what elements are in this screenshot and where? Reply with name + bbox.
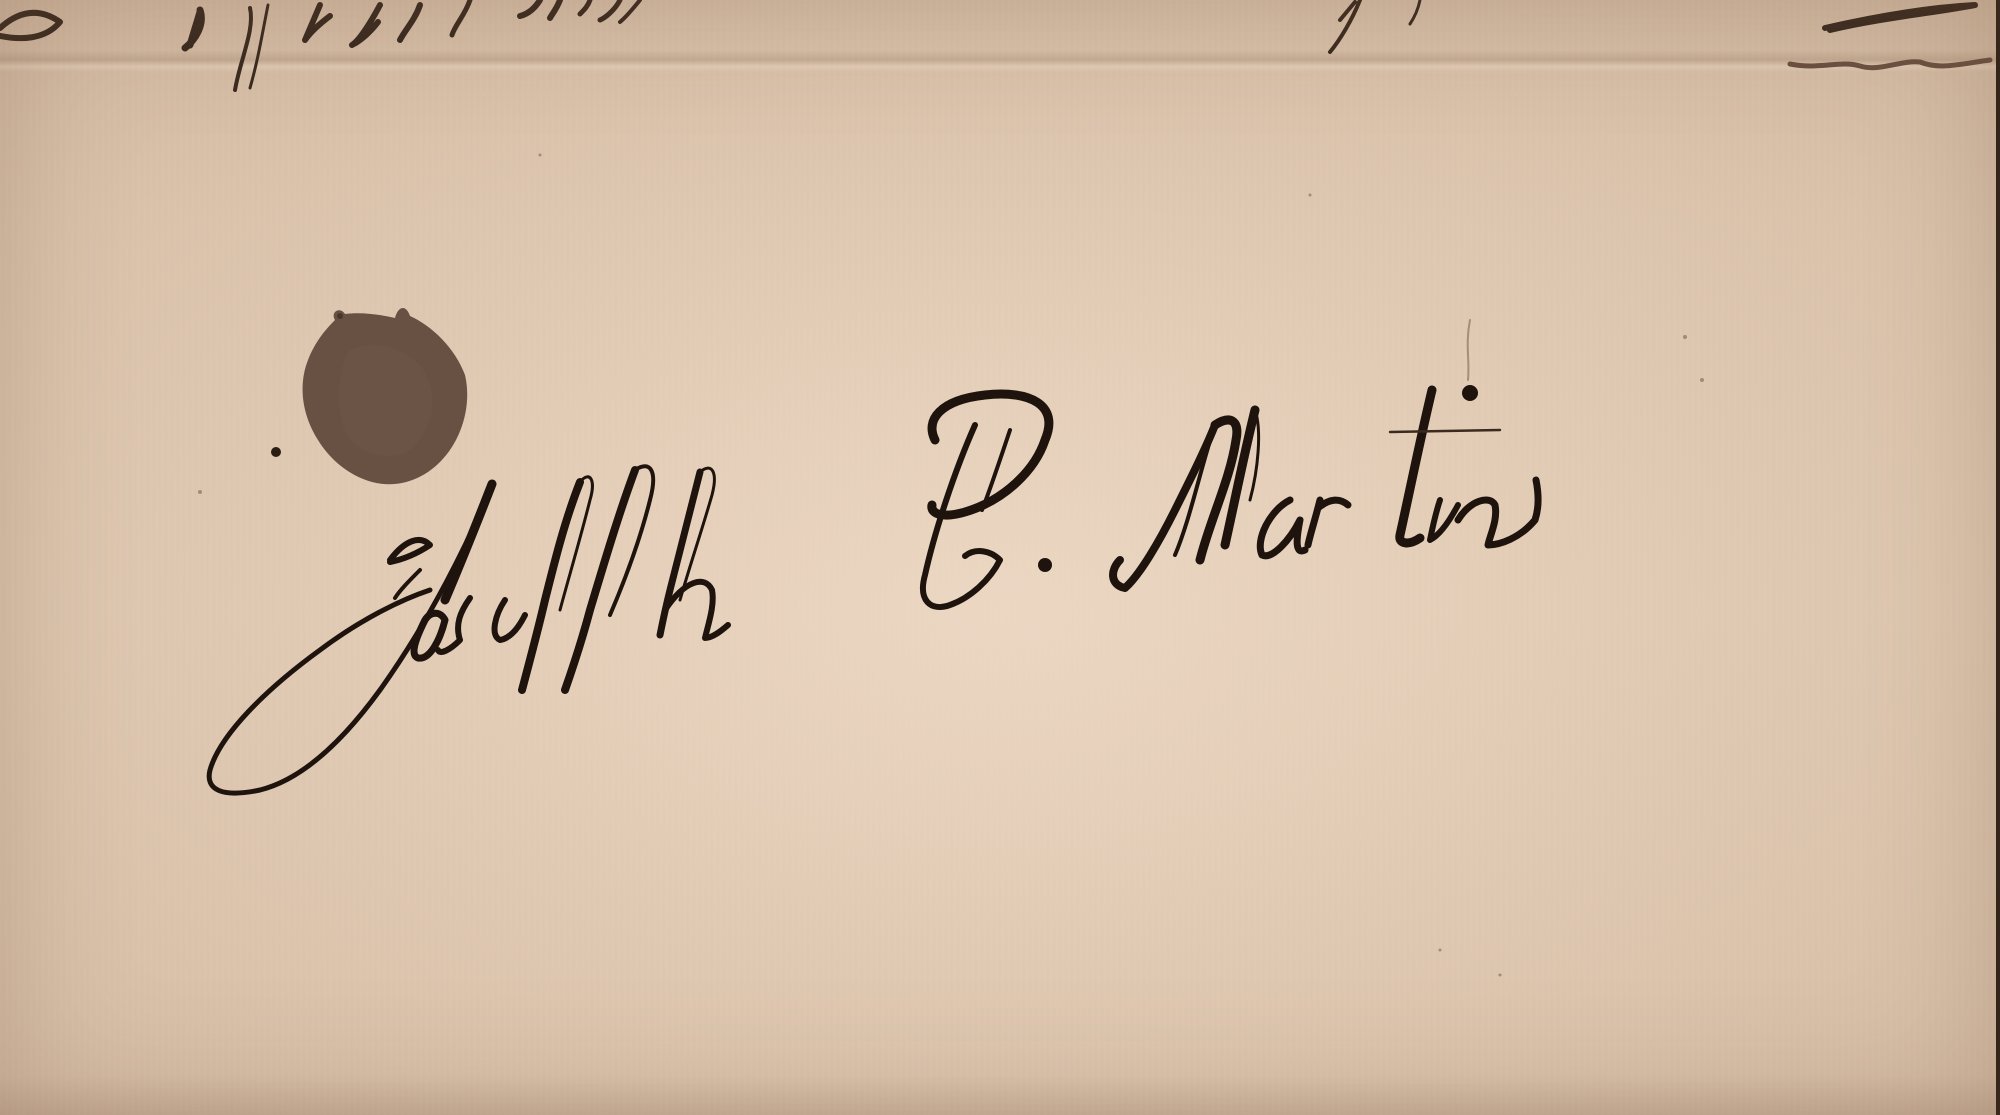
ink-blot <box>271 308 467 484</box>
handwriting-layer <box>0 0 2000 1115</box>
image-right-border <box>1996 0 2000 1115</box>
paper-bottom-shadow <box>0 1075 2000 1115</box>
top-handwriting-fragment <box>0 0 1990 90</box>
paper-specks <box>198 154 1704 977</box>
aged-paper-document: Joseph P. Martin <box>0 0 2000 1115</box>
